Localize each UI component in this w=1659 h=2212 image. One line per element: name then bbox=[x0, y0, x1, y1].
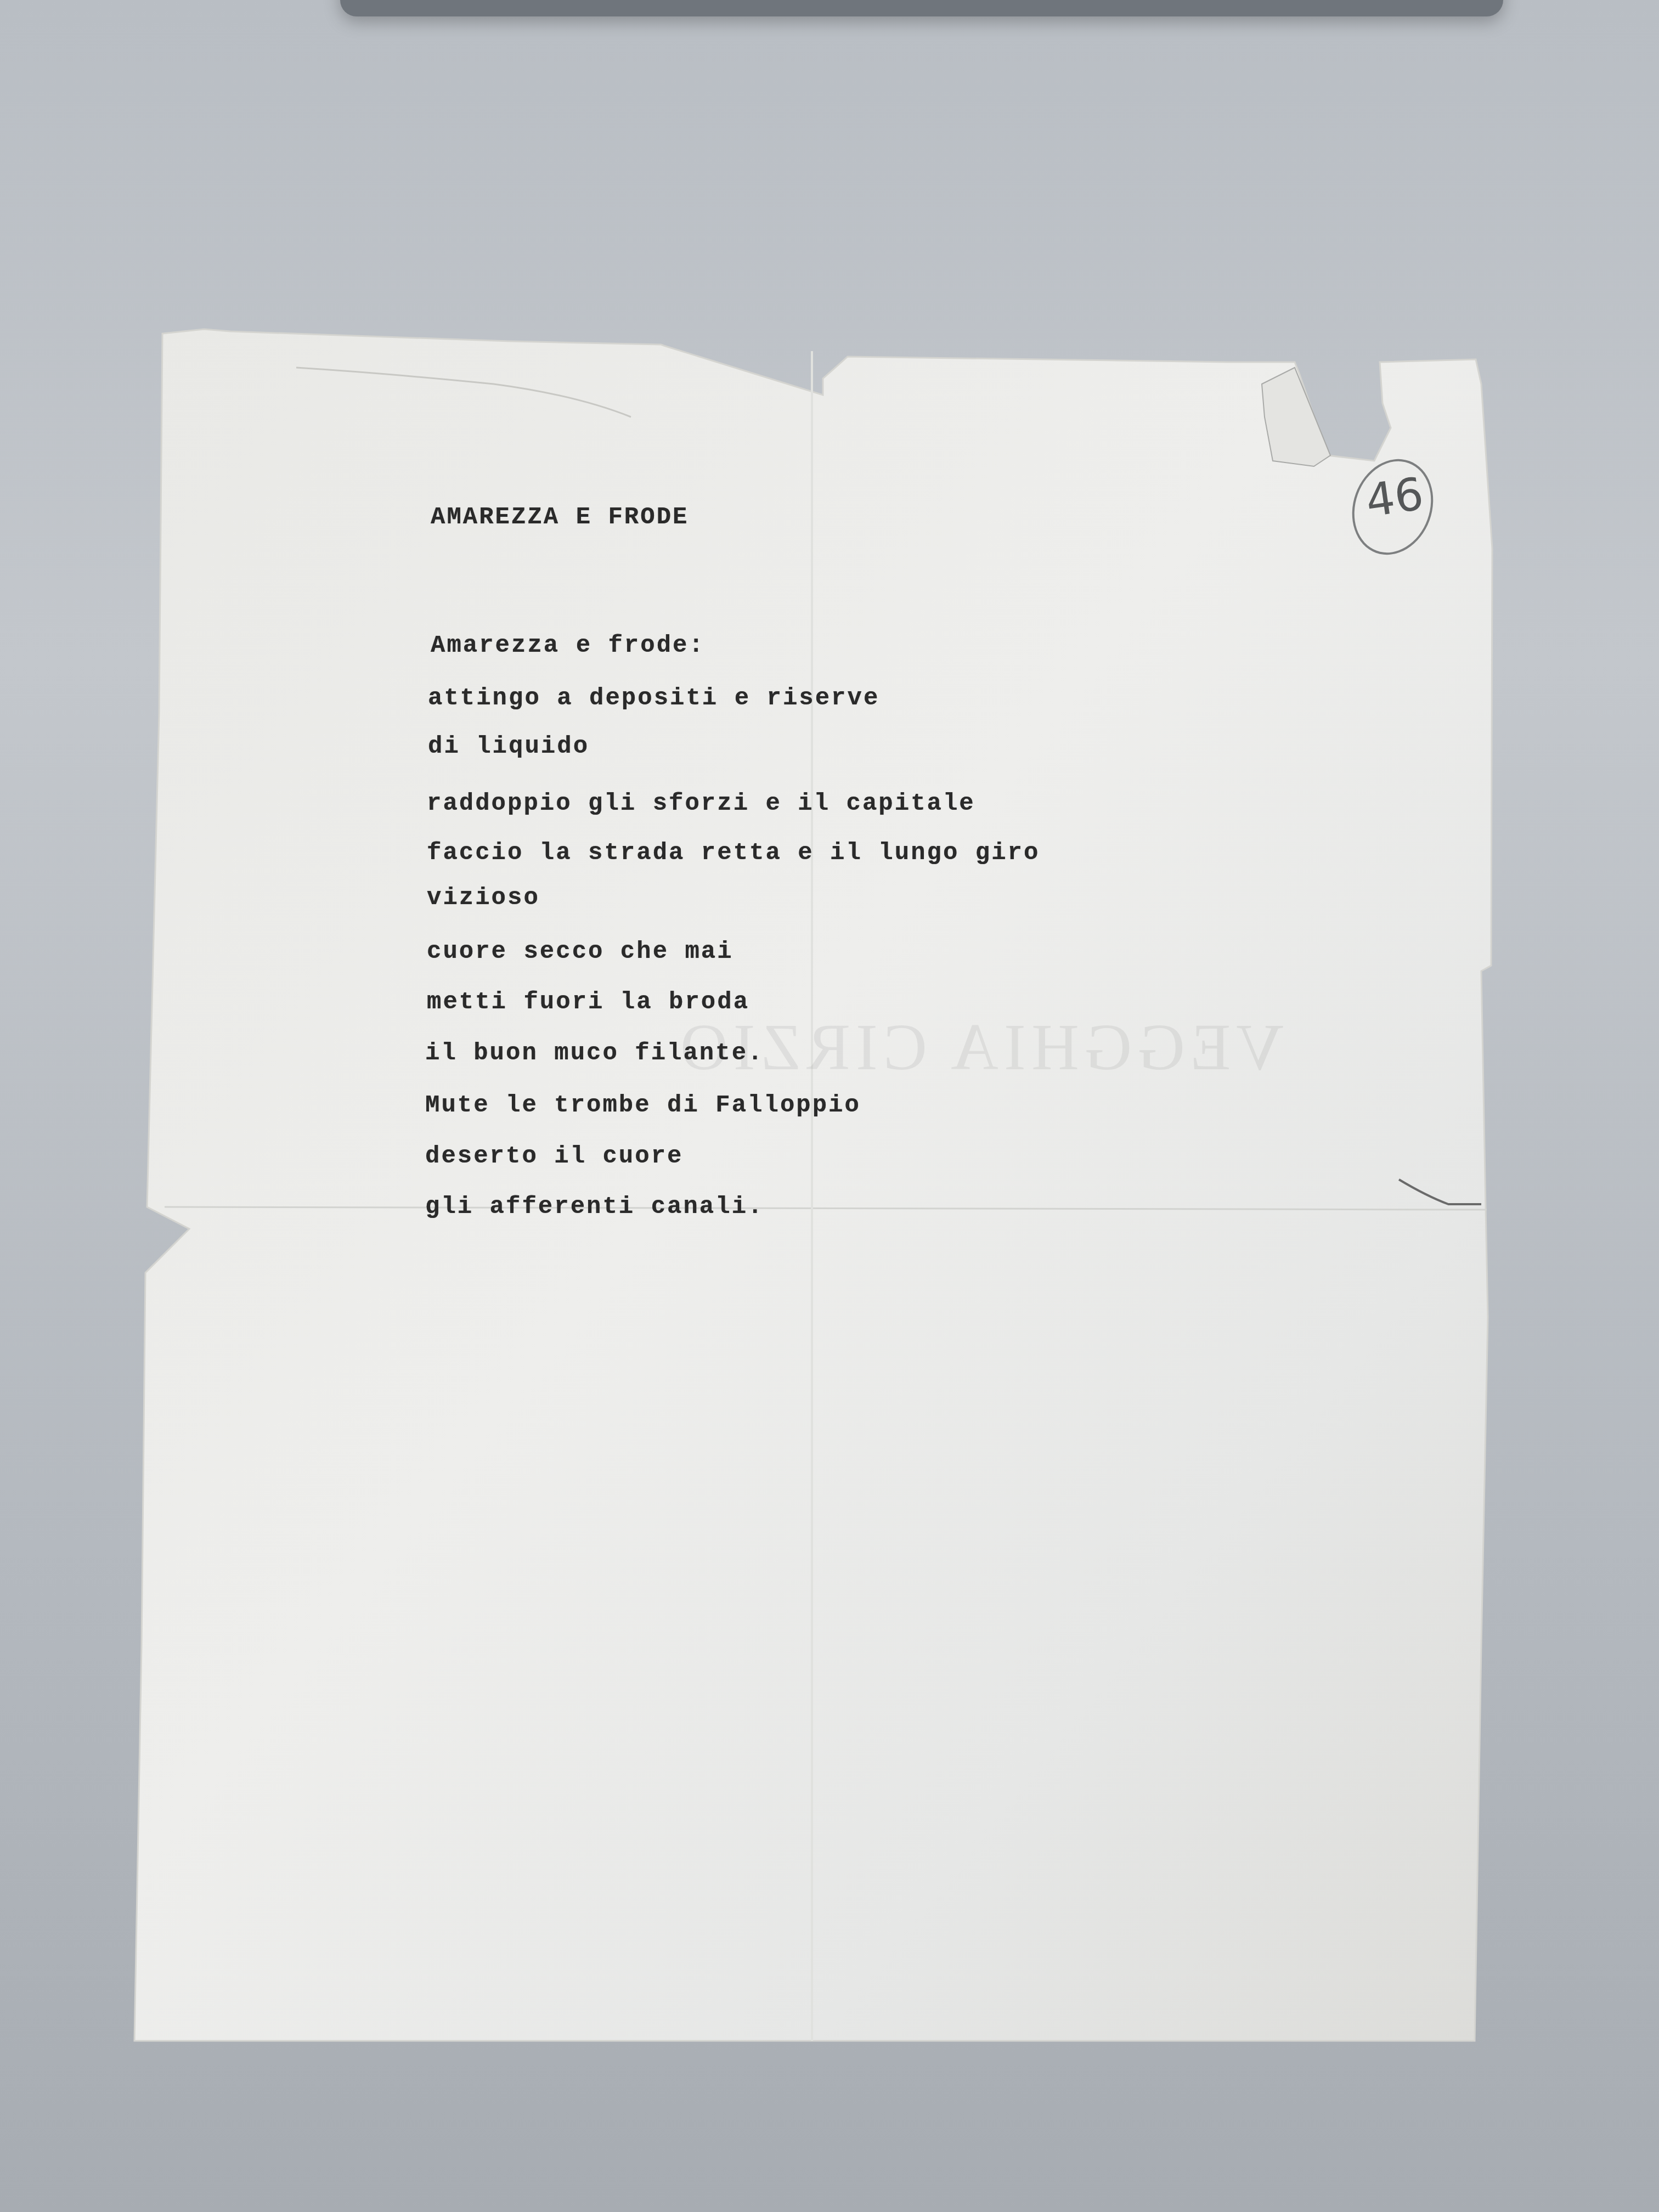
poem-line: faccio la strada retta e il lungo giro bbox=[427, 839, 1040, 867]
poem-line: vizioso bbox=[427, 884, 540, 912]
poem-line: di liquido bbox=[428, 733, 589, 760]
typed-text-area: VEGGHIA CIRZIO AMAREZZA E FRODE Amarezza… bbox=[0, 0, 1659, 2212]
poem-line: Mute le trombe di Falloppio bbox=[425, 1092, 861, 1119]
poem-line: cuore secco che mai bbox=[427, 938, 733, 966]
poem-line: deserto il cuore bbox=[425, 1143, 683, 1170]
poem-line: attingo a depositi e riserve bbox=[428, 685, 879, 712]
poem-line: raddoppio gli sforzi e il capitale bbox=[427, 790, 975, 817]
poem-line: Amarezza e frode: bbox=[431, 632, 705, 659]
poem-title: AMAREZZA E FRODE bbox=[431, 504, 689, 531]
poem-line: gli afferenti canali. bbox=[425, 1193, 764, 1221]
page-number: 46 bbox=[1363, 469, 1424, 528]
poem-line: metti fuori la broda bbox=[427, 989, 749, 1016]
bleed-through-text: VEGGHIA CIRZIO bbox=[675, 1009, 1284, 1085]
poem-line: il buon muco filante. bbox=[425, 1040, 764, 1067]
